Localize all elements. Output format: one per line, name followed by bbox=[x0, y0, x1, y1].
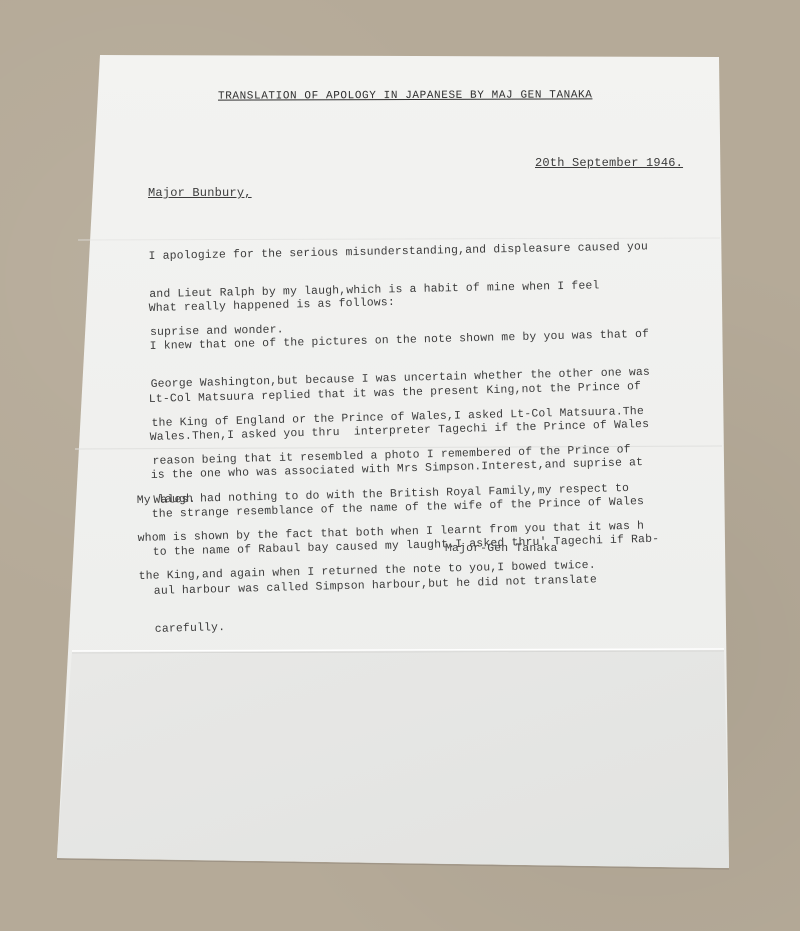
text-line: the King,and again when I returned the n… bbox=[139, 559, 646, 584]
text-line: Wales.Then,I asked you thru interpreter … bbox=[150, 419, 657, 445]
document-title: TRANSLATION OF APOLOGY IN JAPANESE BY MA… bbox=[218, 89, 593, 103]
text-line: What really happened is as follows: bbox=[149, 290, 649, 315]
signature: Major-Gen Tanaka bbox=[445, 543, 558, 556]
text-line: whom is shown by the fact that both when… bbox=[138, 521, 645, 546]
text-line: I apologize for the serious misunderstan… bbox=[148, 241, 648, 263]
text-line: carefully. bbox=[155, 611, 662, 637]
text-line: Lt-Col Matsuura replied that it was the … bbox=[149, 380, 656, 406]
salutation: Major Bunbury, bbox=[148, 187, 252, 200]
paragraph-respect: My laugh had nothing to do with the Brit… bbox=[136, 457, 646, 610]
letter-document: TRANSLATION OF APOLOGY IN JAPANESE BY MA… bbox=[0, 0, 800, 931]
letter-date: 20th September 1946. bbox=[535, 157, 683, 170]
text-line: I knew that one of the pictures on the n… bbox=[150, 329, 650, 354]
text-line: My laugh had nothing to do with the Brit… bbox=[137, 482, 644, 507]
